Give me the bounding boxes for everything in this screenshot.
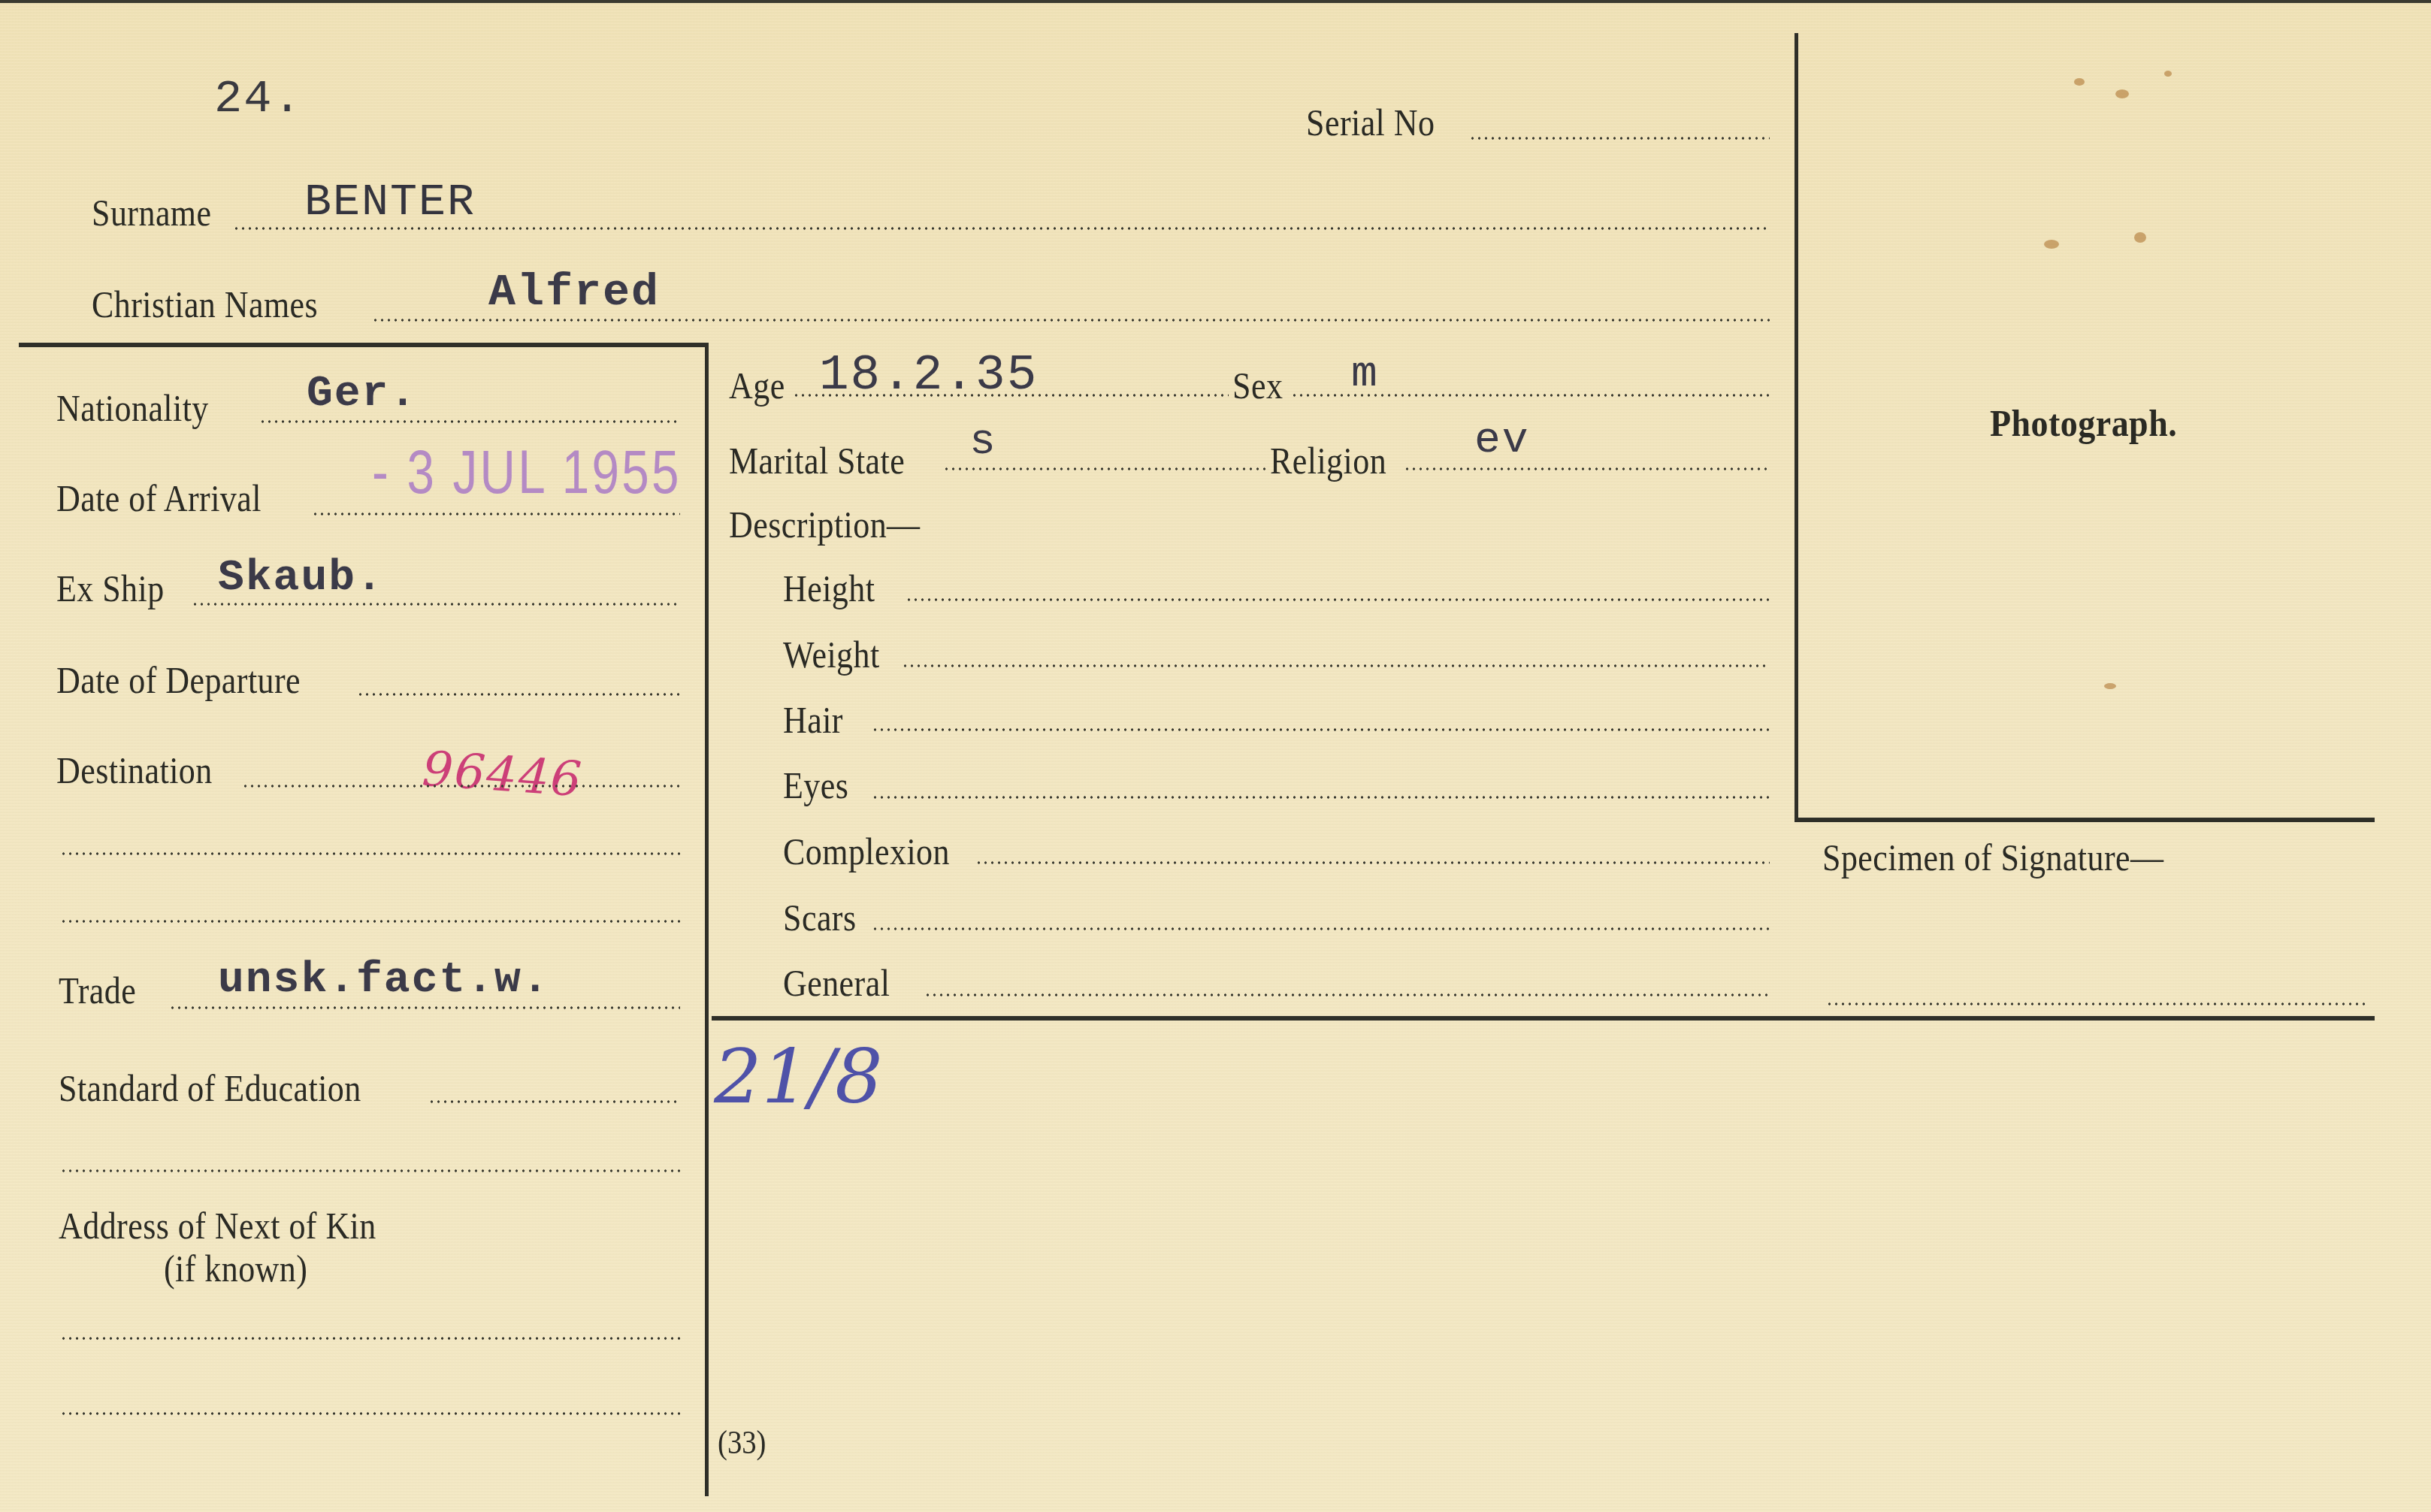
surname-field[interactable] [233,227,1770,230]
photograph-area [1800,37,2375,818]
registration-card: 24. Serial No Surname BENTER Christian N… [0,0,2431,1512]
foxing-spot [2164,71,2172,77]
sex-value: m [1351,350,1379,399]
complexion-field[interactable] [975,861,1770,864]
christian-names-label: Christian Names [92,283,318,326]
ex-ship-label: Ex Ship [56,567,165,610]
handwritten-note: 21/8 [714,1033,883,1120]
next-of-kin-line-1[interactable] [60,1337,680,1340]
christian-names-value: Alfred [488,268,660,319]
trade-field[interactable] [169,1006,680,1009]
serial-no-field[interactable] [1469,137,1770,140]
date-of-departure-field[interactable] [357,693,680,696]
description-label: Description— [729,503,921,546]
nationality-value: Ger. [307,370,417,419]
nationality-label: Nationality [56,386,209,430]
hair-field[interactable] [872,728,1770,731]
age-field[interactable] [793,394,1229,397]
signature-field[interactable] [1826,1002,2367,1005]
age-label: Age [729,364,785,407]
signature-label: Specimen of Signature— [1822,836,2163,879]
height-field[interactable] [906,598,1770,601]
weight-label: Weight [783,633,880,676]
destination-value: 96446 [421,742,585,809]
christian-names-field[interactable] [372,319,1770,322]
hair-label: Hair [783,698,843,742]
standard-of-education-field[interactable] [428,1100,680,1103]
marital-state-field[interactable] [943,467,1266,470]
general-label: General [783,961,890,1005]
education-extra-line[interactable] [60,1169,680,1172]
foxing-spot [2044,240,2059,249]
nationality-field[interactable] [259,420,680,423]
arrival-date-stamp: - 3 JUL 1955 [372,437,682,508]
eyes-label: Eyes [783,764,848,807]
sex-field[interactable] [1291,394,1770,397]
next-of-kin-label: Address of Next of Kin [59,1204,376,1247]
next-of-kin-line-2[interactable] [60,1412,680,1415]
card-number: 24. [214,72,303,125]
weight-field[interactable] [902,664,1766,667]
complexion-label: Complexion [783,830,950,873]
marital-state-label: Marital State [729,439,905,482]
eyes-field[interactable] [872,796,1770,799]
ex-ship-field[interactable] [192,603,680,606]
destination-field[interactable] [242,785,680,788]
date-of-arrival-field[interactable] [312,513,680,516]
standard-of-education-label: Standard of Education [59,1066,361,1110]
column-divider [705,343,709,1496]
date-of-departure-label: Date of Departure [56,658,301,702]
ex-ship-value: Skaub. [218,554,384,603]
sex-label: Sex [1232,364,1283,407]
rule-under-description [712,1016,2375,1021]
foxing-spot [2104,683,2116,689]
next-of-kin-sublabel: (if known) [164,1247,307,1290]
scars-label: Scars [783,896,857,939]
form-code: (33) [718,1423,766,1462]
rule-under-names [19,343,709,347]
foxing-spot [2134,232,2146,243]
religion-field[interactable] [1404,467,1770,470]
date-of-arrival-label: Date of Arrival [56,476,262,520]
scars-field[interactable] [872,927,1770,930]
serial-no-label: Serial No [1306,101,1435,144]
destination-label: Destination [56,748,213,792]
general-field[interactable] [924,993,1770,996]
surname-label: Surname [92,191,211,234]
foxing-spot [2074,78,2085,86]
trade-label: Trade [59,969,136,1012]
religion-value: ev [1474,416,1530,465]
foxing-spot [2115,89,2129,98]
height-label: Height [783,567,875,610]
religion-label: Religion [1270,439,1386,482]
marital-state-value: s [969,418,997,467]
surname-value: BENTER [304,177,476,228]
trade-value: unsk.fact.w. [218,956,550,1005]
destination-extra-line-1[interactable] [60,852,680,855]
destination-extra-line-2[interactable] [60,920,680,923]
photo-box-left-edge [1795,33,1798,822]
